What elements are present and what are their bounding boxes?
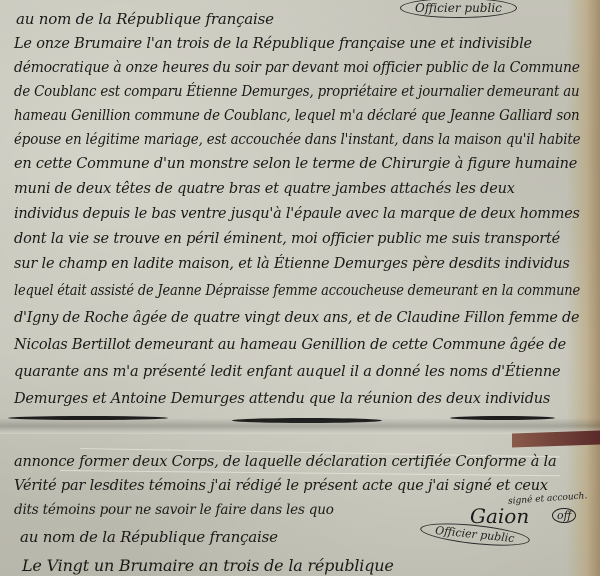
entry-1-line: hameau Genillion commune de Coublanc, le… — [14, 108, 579, 124]
paper-crease — [60, 470, 560, 476]
entry-1-line: sur le champ en ladite maison, et là Éti… — [14, 256, 570, 272]
officier-public-stamp-top: Officier public — [400, 0, 517, 18]
entry-1-line: Nicolas Bertillot demeurant au hameau Ge… — [14, 337, 566, 353]
entry-1-line: Le onze Brumaire l'an trois de la Républ… — [14, 36, 532, 52]
entry-1-line: d'Igny de Roche âgée de quatre vingt deu… — [14, 310, 579, 326]
entry-2-line: Vérité par lesdites témoins j'ai rédigé … — [14, 478, 548, 494]
entry-1-line: individus depuis le bas ventre jusqu'à l… — [14, 206, 580, 222]
entry-1-line: en cette Commune d'un monstre selon le t… — [14, 156, 577, 172]
entry-1-line: dont la vie se trouve en péril éminent, … — [14, 231, 560, 247]
entry-2-line: annonce former deux Corps, de laquelle d… — [14, 454, 556, 470]
entry-1-heading: au nom de la République française — [16, 10, 274, 28]
entry-1-line: de Coublanc est comparu Étienne Demurges… — [14, 84, 579, 100]
entry-1-line: épouse en légitime mariage, est accouché… — [14, 132, 580, 148]
document-page: au nom de la République française Offici… — [0, 0, 600, 576]
entry-2-line: dits témoins pour ne savoir le faire dan… — [14, 502, 334, 518]
entry-1-line: muni de deux têtes de quatre bras et qua… — [14, 181, 515, 197]
page-fold-shadow — [0, 418, 600, 434]
entry-1-line: démocratique à onze heures du soir par d… — [14, 60, 580, 76]
entry-2-heading: au nom de la République française — [20, 528, 278, 546]
entry-1-line: Demurges et Antoine Demurges attendu que… — [14, 391, 550, 407]
entry-1-line: quarante ans m'a présenté ledit enfant a… — [14, 364, 560, 380]
next-entry-partial-line: Le Vingt un Brumaire an trois de la répu… — [22, 556, 394, 575]
entry-1-line: lequel était assisté de Jeanne Dépraisse… — [14, 283, 580, 299]
